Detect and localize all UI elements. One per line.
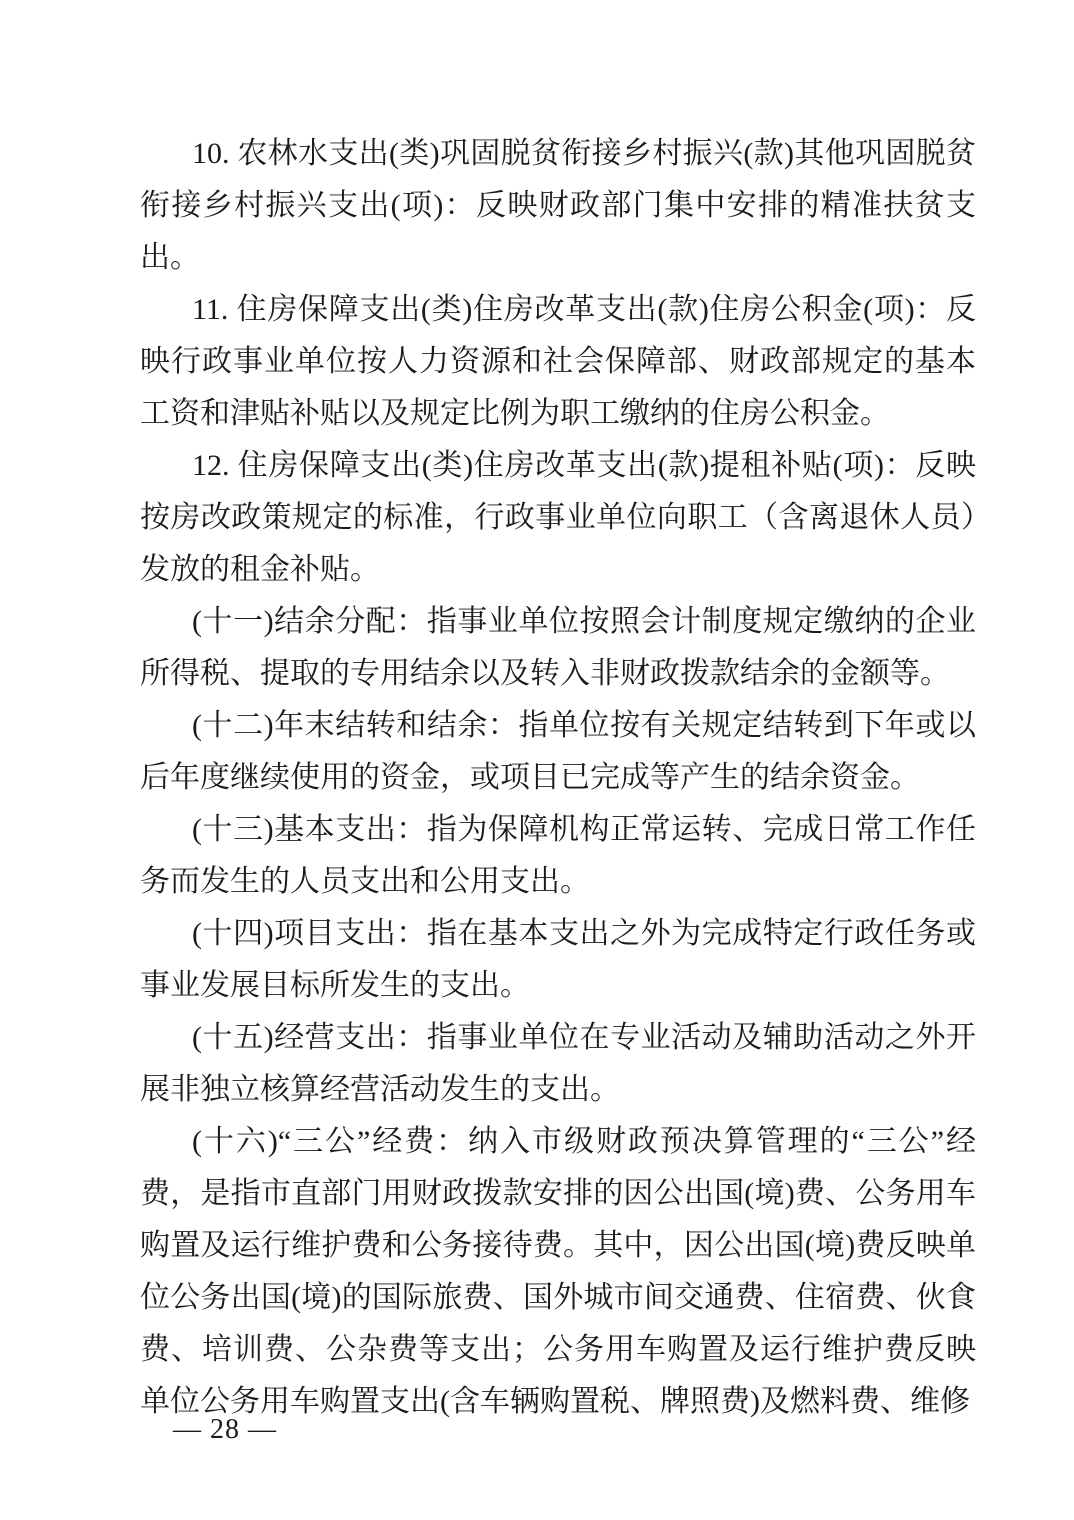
document-body: 10. 农林水支出(类)巩固脱贫衔接乡村振兴(款)其他巩固脱贫衔接乡村振兴支出(…	[140, 128, 976, 1428]
paragraph-5: (十二)年末结转和结余：指单位按有关规定结转到下年或以后年度继续使用的资金，或项…	[140, 700, 976, 804]
paragraph-8: (十五)经营支出：指事业单位在专业活动及辅助活动之外开展非独立核算经营活动发生的…	[140, 1012, 976, 1116]
document-page: 10. 农林水支出(类)巩固脱贫衔接乡村振兴(款)其他巩固脱贫衔接乡村振兴支出(…	[0, 0, 1074, 1520]
paragraph-1: 10. 农林水支出(类)巩固脱贫衔接乡村振兴(款)其他巩固脱贫衔接乡村振兴支出(…	[140, 128, 976, 284]
page-footer: — 28 —	[141, 1385, 277, 1475]
paragraph-4: (十一)结余分配：指事业单位按照会计制度规定缴纳的企业所得税、提取的专用结余以及…	[140, 596, 976, 700]
paragraph-3: 12. 住房保障支出(类)住房改革支出(款)提租补贴(项)：反映按房改政策规定的…	[140, 440, 976, 596]
paragraph-7: (十四)项目支出：指在基本支出之外为完成特定行政任务或事业发展目标所发生的支出。	[140, 908, 976, 1012]
paragraph-2: 11. 住房保障支出(类)住房改革支出(款)住房公积金(项)：反映行政事业单位按…	[140, 284, 976, 440]
paragraph-6: (十三)基本支出：指为保障机构正常运转、完成日常工作任务而发生的人员支出和公用支…	[140, 804, 976, 908]
page-number: — 28 —	[173, 1414, 277, 1445]
paragraph-9: (十六)“三公”经费：纳入市级财政预决算管理的“三公”经费，是指市直部门用财政拨…	[140, 1116, 976, 1428]
